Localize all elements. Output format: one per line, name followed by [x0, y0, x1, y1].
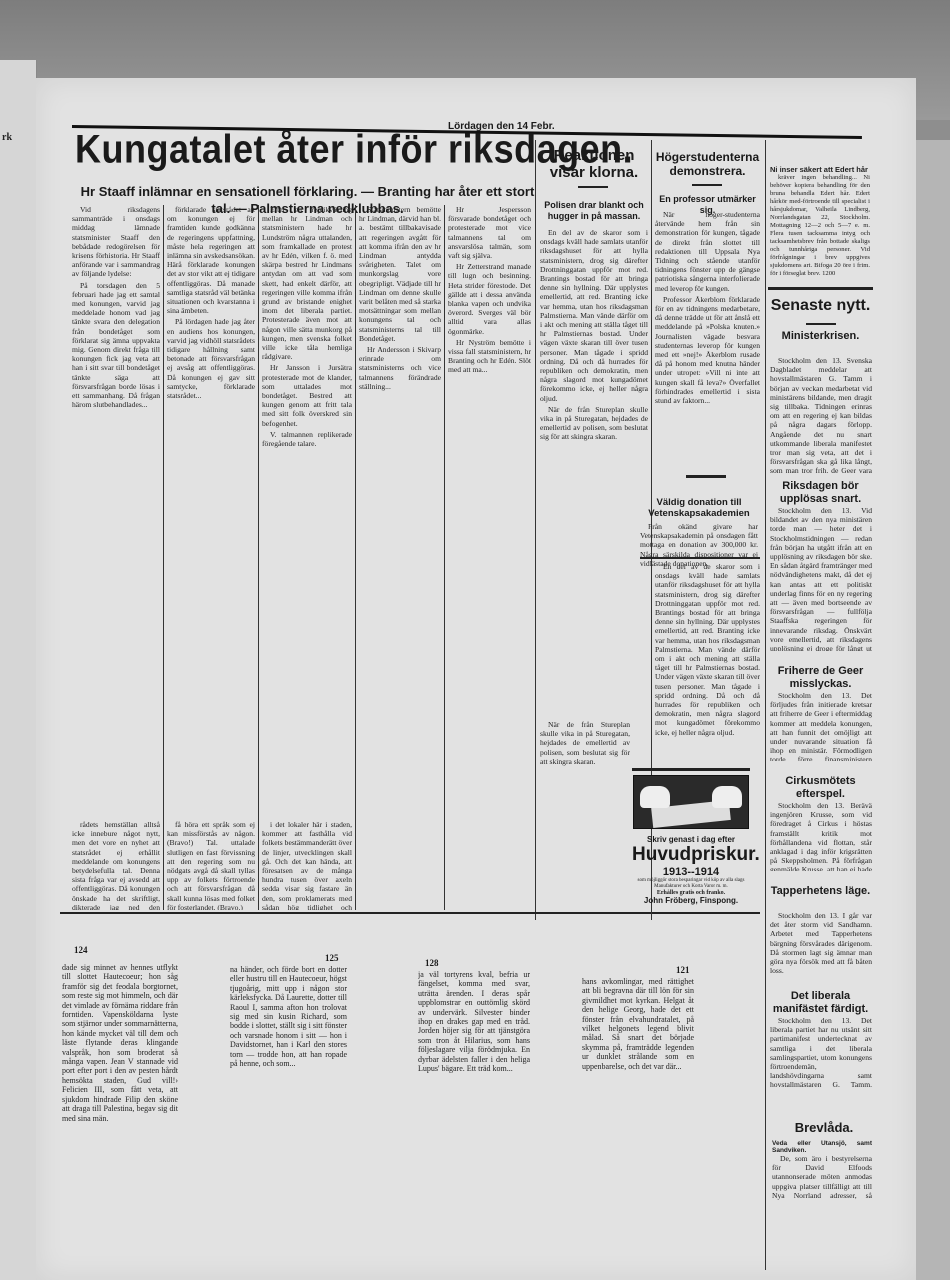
main-article-col-3: Efter en replikväxling mellan hr Lindman… [262, 205, 352, 810]
news-item-body: Stockholm den 13. Svenska Dagbladet medd… [770, 356, 872, 476]
news-item-body: Stockholm den 13. I går var det åter sto… [770, 911, 872, 976]
book-page-125: na händer, och förde bort en dotter elle… [230, 965, 347, 1190]
news-item-title: Ministerkrisen. [768, 330, 873, 343]
news-item-title: Tapperhetens läge. [768, 885, 873, 898]
senaste-nytt-title: Senaste nytt. [768, 297, 873, 314]
news-item-body: Stockholm den 13. Berävä ingenjören Krus… [770, 801, 872, 871]
hogerstudenterna-title: Högerstudenterna demonstrera. [655, 150, 760, 178]
main-article-col-2: förklarade statsrådet att om konungen ej… [167, 205, 255, 810]
adjacent-page-edge [916, 140, 950, 1280]
book-page-121: hans avkomlingar, med rättighet att bli … [582, 977, 694, 1192]
book-page-number: 121 [676, 965, 690, 975]
news-item-body: Stockholm den 13. Vid bildandet av den n… [770, 506, 872, 651]
book-page-number: 125 [325, 953, 339, 963]
news-item-title: Friherre de Geer misslyckas. [768, 665, 873, 691]
reaktionen-body: En del av de skaror som i onsdags kväll … [540, 228, 648, 708]
news-item-body: Stockholm den 13. Det förljudes från ini… [770, 691, 872, 761]
news-item-body: Stockholm den 13. Det liberala partiet h… [770, 1016, 872, 1091]
writing-hands-illustration [633, 775, 749, 829]
main-article-bottom-3: i det lokaler här i staden, kommer att f… [262, 820, 352, 910]
book-page-128: ja väl tortyrens kval, befria ur fängels… [418, 970, 530, 1190]
reaktionen-subtitle: Polisen drar blankt och hugger in på mas… [540, 200, 648, 222]
main-article-col-5: Hr Jespersson försvarade bondetåget och … [448, 205, 531, 810]
main-article-bottom-1: rådets hemställan alltså icke innebure n… [72, 820, 160, 910]
advertisement-huvudpriskur: Skriv genast i dag efter Huvudpriskur. 1… [632, 775, 750, 925]
hogerstudenterna-body: När höger-studenterna återvände hem från… [655, 210, 760, 460]
donation-title: Väldig donation till Vetenskapsakademien [640, 497, 758, 519]
brevlada-title: Brevlåda. [770, 1120, 878, 1135]
news-item-title: Det liberala manifästet färdigt. [768, 990, 873, 1016]
brevlada-body: Veda eller Utansjö, samt Sandviken. De, … [772, 1140, 872, 1200]
book-page-124: dade sig minnet av hennes utflykt till s… [62, 963, 178, 1188]
notice-box: Ni inser säkert att Edert hår kräver ing… [770, 165, 870, 290]
hogerstudenterna-continued: En del av de skaror som i onsdags kväll … [655, 562, 760, 762]
book-page-number: 124 [74, 945, 88, 955]
donation-body: Från okänd givare har Vetenskapsakademin… [640, 522, 758, 567]
news-item-title: Riksdagen bör upplösas snart. [768, 480, 873, 506]
adjacent-page-fragment: rk [0, 60, 37, 1280]
main-article-col-1: Vid riksdagens sammanträde i onsdags mid… [72, 205, 160, 810]
news-item-title: Cirkusmötets efterspel. [768, 775, 873, 801]
book-page-number: 128 [425, 958, 439, 968]
main-article-col-4: Statsministern bemötte hr Lindman, därvi… [359, 205, 441, 810]
main-article-bottom-2: få höra ett språk som ej kan missförstås… [167, 820, 255, 910]
reaktionen-continued: När de från Stureplan skulle vika in på … [540, 720, 630, 910]
reaktionen-title: Reaktionen visar klorna. [540, 147, 648, 181]
